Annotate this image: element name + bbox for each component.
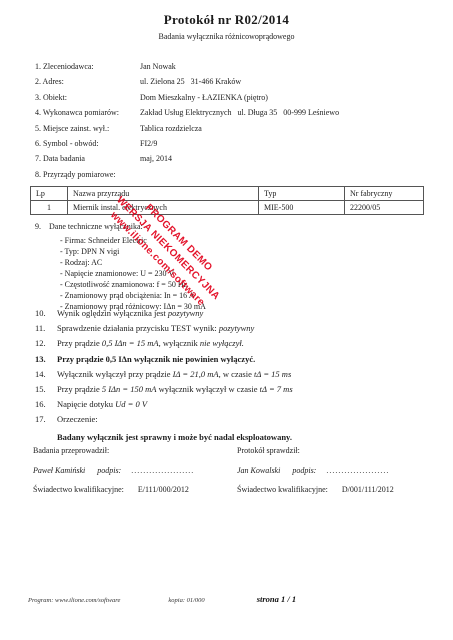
podpis-label: podpis: bbox=[292, 466, 316, 475]
footer-page-number: strona 1 / 1 bbox=[257, 594, 296, 604]
info-row-wykonawca: 4. Wykonawca pomiarów: Zakład Usług Elek… bbox=[35, 108, 427, 123]
result-item-15: 15. Przy prądzie 5 IΔn = 150 mA wyłączni… bbox=[35, 384, 433, 399]
result-item-17: 17. Orzeczenie: bbox=[35, 414, 433, 429]
document-subtitle: Badania wyłącznika różnicowoprądowego bbox=[0, 32, 453, 41]
result-item-11: 11. Sprawdzenie działania przycisku TEST… bbox=[35, 323, 433, 338]
result-number: 11. bbox=[35, 323, 57, 333]
result-text: Przy prądzie 0,5 IΔn = 15 mA, wyłącznik … bbox=[57, 338, 433, 348]
signature-name-row: Paweł Kamiński podpis: .................… bbox=[33, 466, 237, 475]
instruments-table-body: 1 Miernik instal. elektrycznych MIE-500 … bbox=[31, 201, 424, 215]
technical-data-heading: 9. Dane techniczne wyłącznika: bbox=[35, 222, 427, 231]
result-text: Napięcie dotyku Ud = 0 V bbox=[57, 399, 433, 409]
examiner-name: Paweł Kamiński bbox=[33, 466, 85, 475]
certificate-row: Świadectwo kwalifikacyjne: E/111/000/201… bbox=[33, 485, 237, 494]
info-value: Dom Mieszkalny - ŁAZIENKA (piętro) bbox=[140, 93, 427, 102]
result-item-16: 16. Napięcie dotyku Ud = 0 V bbox=[35, 399, 433, 414]
info-label: 5. Miejsce zainst. wył.: bbox=[35, 124, 140, 133]
info-row-przyrzady: 8. Przyrządy pomiarowe: bbox=[35, 170, 427, 185]
instruments-table-header: Lp Nazwa przyrządu Typ Nr fabryczny bbox=[31, 187, 424, 201]
signature-examiner: Badania przeprowadził: Paweł Kamiński po… bbox=[33, 446, 237, 494]
result-number: 12. bbox=[35, 338, 57, 348]
protocol-document-page: Protokół nr R02/2014 Badania wyłącznika … bbox=[0, 0, 453, 640]
info-label: 1. Zleceniodawca: bbox=[35, 62, 140, 71]
section-number: 9. bbox=[35, 222, 49, 231]
col-header-lp: Lp bbox=[31, 187, 68, 201]
info-value: FI2/9 bbox=[140, 139, 427, 148]
section-heading-text: Dane techniczne wyłącznika: bbox=[49, 222, 143, 231]
signature-dots-line: ..................... bbox=[131, 466, 194, 475]
info-row-data-badania: 7. Data badania maj, 2014 bbox=[35, 154, 427, 169]
info-label: 4. Wykonawca pomiarów: bbox=[35, 108, 140, 117]
result-number: 15. bbox=[35, 384, 57, 394]
result-text: Przy prądzie 0,5 IΔn wyłącznik nie powin… bbox=[57, 354, 433, 364]
tech-item-czestotliwosc: - Częstotliwość znamionowa: f = 50 Hz bbox=[60, 279, 427, 290]
technical-data-items: - Firma: Schneider Electric - Typ: DPN N… bbox=[35, 235, 427, 312]
info-value: Tablica rozdzielcza bbox=[140, 124, 427, 133]
result-text: Przy prądzie 5 IΔn = 150 mA wyłącznik wy… bbox=[57, 384, 433, 394]
certificate-label: Świadectwo kwalifikacyjne: bbox=[33, 485, 124, 494]
footer-program-url: Program: www.ilione.com/software bbox=[28, 597, 120, 604]
cell-nr-fabryczny: 22200/05 bbox=[345, 201, 424, 215]
cell-nazwa: Miernik instal. elektrycznych bbox=[68, 201, 259, 215]
verdict-statement: Badany wyłącznik jest sprawny i może być… bbox=[35, 432, 433, 442]
info-row-miejsce: 5. Miejsce zainst. wył.: Tablica rozdzie… bbox=[35, 124, 427, 139]
col-header-nr-fabryczny: Nr fabryczny bbox=[345, 187, 424, 201]
result-item-10: 10. Wynik oględzin wyłącznika jest pozyt… bbox=[35, 308, 433, 323]
table-header-row: Lp Nazwa przyrządu Typ Nr fabryczny bbox=[31, 187, 424, 201]
info-value: ul. Zielona 25 31-466 Kraków bbox=[140, 77, 427, 86]
result-text: Sprawdzenie działania przycisku TEST wyn… bbox=[57, 323, 433, 333]
info-value: Zakład Usług Elektrycznych ul. Długa 35 … bbox=[140, 108, 427, 117]
result-number: 10. bbox=[35, 308, 57, 318]
signature-dots-line: ..................... bbox=[326, 466, 389, 475]
tech-item-firma: - Firma: Schneider Electric bbox=[60, 235, 427, 246]
info-label: 8. Przyrządy pomiarowe: bbox=[35, 170, 140, 179]
result-number: 16. bbox=[35, 399, 57, 409]
document-title: Protokół nr R02/2014 bbox=[0, 12, 453, 28]
tech-item-rodzaj: - Rodzaj: AC bbox=[60, 257, 427, 268]
result-item-13: 13. Przy prądzie 0,5 IΔn wyłącznik nie p… bbox=[35, 354, 433, 369]
certificate-number: E/111/000/2012 bbox=[138, 485, 189, 494]
cell-lp: 1 bbox=[31, 201, 68, 215]
signatures-section: Badania przeprowadził: Paweł Kamiński po… bbox=[33, 446, 435, 494]
tech-item-prad-obciazenia: - Znamionowy prąd obciążenia: In = 16 A bbox=[60, 290, 427, 301]
table-row: 1 Miernik instal. elektrycznych MIE-500 … bbox=[31, 201, 424, 215]
instruments-table: Lp Nazwa przyrządu Typ Nr fabryczny 1 Mi… bbox=[30, 186, 424, 215]
certificate-row: Świadectwo kwalifikacyjne: D/001/111/201… bbox=[237, 485, 435, 494]
cell-typ: MIE-500 bbox=[259, 201, 345, 215]
info-row-obiekt: 3. Obiekt: Dom Mieszkalny - ŁAZIENKA (pi… bbox=[35, 93, 427, 108]
info-row-symbol: 6. Symbol - obwód: FI2/9 bbox=[35, 139, 427, 154]
signature-title: Protokół sprawdził: bbox=[237, 446, 435, 455]
info-value: maj, 2014 bbox=[140, 154, 427, 163]
document-header: Protokół nr R02/2014 Badania wyłącznika … bbox=[0, 12, 453, 41]
result-text: Wynik oględzin wyłącznika jest pozytywny bbox=[57, 308, 433, 318]
info-label: 6. Symbol - obwód: bbox=[35, 139, 140, 148]
signature-verifier: Protokół sprawdził: Jan Kowalski podpis:… bbox=[237, 446, 435, 494]
result-item-12: 12. Przy prądzie 0,5 IΔn = 15 mA, wyłącz… bbox=[35, 338, 433, 353]
result-text: Orzeczenie: bbox=[57, 414, 433, 424]
tech-item-napiecie: - Napięcie znamionowe: U = 230 V bbox=[60, 268, 427, 279]
result-number: 17. bbox=[35, 414, 57, 424]
info-value: Jan Nowak bbox=[140, 62, 427, 71]
podpis-label: podpis: bbox=[97, 466, 121, 475]
result-text: Wyłącznik wyłączył przy prądzie IΔ = 21,… bbox=[57, 369, 433, 379]
certificate-label: Świadectwo kwalifikacyjne: bbox=[237, 485, 328, 494]
result-item-14: 14. Wyłącznik wyłączył przy prądzie IΔ =… bbox=[35, 369, 433, 384]
info-label: 7. Data badania bbox=[35, 154, 140, 163]
page-footer: Program: www.ilione.com/software kopia: … bbox=[28, 594, 435, 604]
signature-name-row: Jan Kowalski podpis: ...................… bbox=[237, 466, 435, 475]
info-row-adres: 2. Adres: ul. Zielona 25 31-466 Kraków bbox=[35, 77, 427, 92]
result-number: 13. bbox=[35, 354, 57, 364]
signature-title: Badania przeprowadził: bbox=[33, 446, 237, 455]
col-header-nazwa: Nazwa przyrządu bbox=[68, 187, 259, 201]
col-header-typ: Typ bbox=[259, 187, 345, 201]
info-label: 3. Obiekt: bbox=[35, 93, 140, 102]
result-number: 14. bbox=[35, 369, 57, 379]
technical-data-section: 9. Dane techniczne wyłącznika: - Firma: … bbox=[35, 222, 427, 312]
info-label: 2. Adres: bbox=[35, 77, 140, 86]
certificate-number: D/001/111/2012 bbox=[342, 485, 394, 494]
tech-item-typ: - Typ: DPN N vigi bbox=[60, 246, 427, 257]
info-row-zleceniodawca: 1. Zleceniodawca: Jan Nowak bbox=[35, 62, 427, 77]
footer-copy-number: kopia: 01/000 bbox=[168, 597, 204, 604]
general-info-list: 1. Zleceniodawca: Jan Nowak 2. Adres: ul… bbox=[35, 62, 427, 185]
test-results-list: 10. Wynik oględzin wyłącznika jest pozyt… bbox=[35, 308, 433, 442]
verifier-name: Jan Kowalski bbox=[237, 466, 280, 475]
